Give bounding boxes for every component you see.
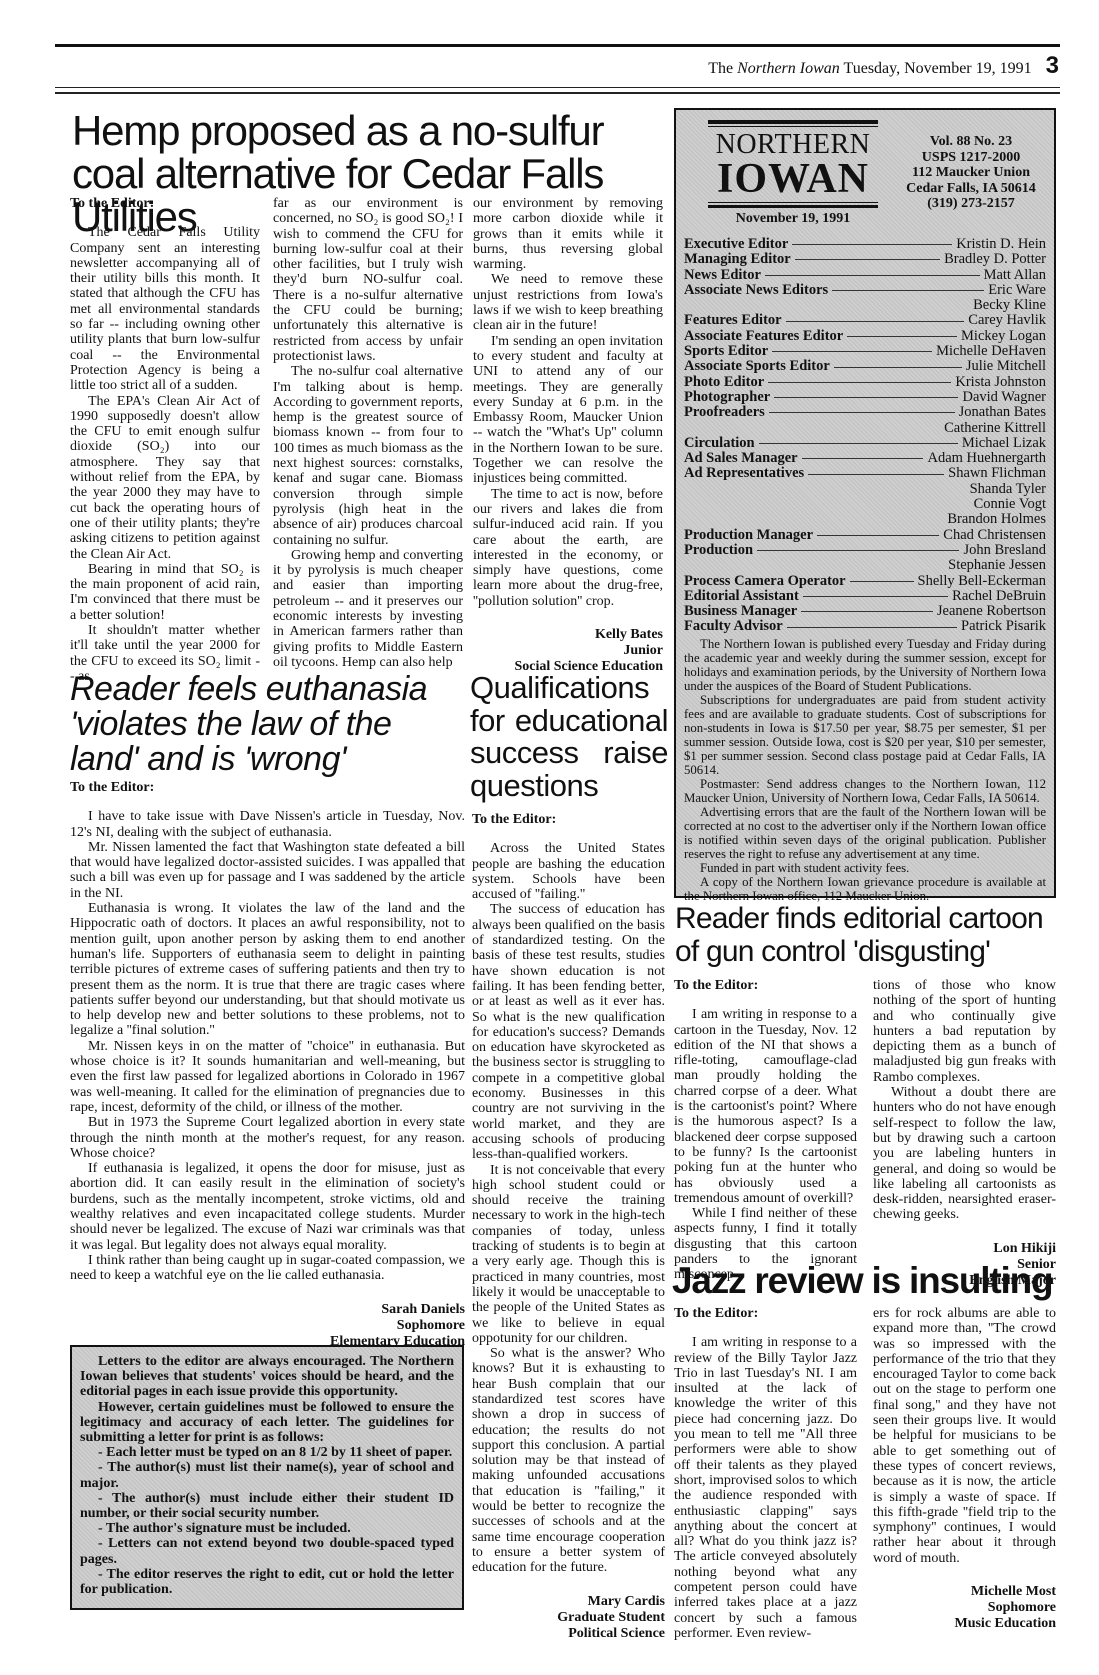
logo-line-1: NORTHERN (708, 131, 878, 159)
paragraph: I am writing in response to a cartoon in… (674, 1007, 857, 1206)
jazz-signature: Michelle Most Sophomore Music Education (873, 1584, 1056, 1632)
hemp-column-1: To the Editor: The Cedar Falls Utility C… (70, 196, 260, 684)
staff-role: Associate Sports Editor (684, 359, 830, 374)
hemp-signature: Kelly Bates Junior Social Science Educat… (473, 627, 663, 675)
staff-name: Krista Johnston (955, 375, 1046, 390)
staff-role: Production Manager (684, 528, 813, 543)
staff-row: Managing EditorBradley D. Potter (684, 252, 1046, 267)
staff-row: Associate Sports EditorJulie Mitchell (684, 359, 1046, 374)
page-number: 3 (1046, 52, 1059, 80)
guideline-item: - Each letter must be typed on an 8 1/2 … (80, 1445, 454, 1460)
leader-line (772, 351, 932, 352)
staff-row: Executive EditorKristin D. Hein (684, 237, 1046, 252)
staff-name: John Bresland (963, 543, 1046, 558)
euthanasia-body: To the Editor: I have to take issue with… (70, 780, 465, 1350)
folio-text: The Northern Iowan Tuesday, November 19,… (708, 60, 1031, 78)
staff-role: Ad Representatives (684, 466, 804, 481)
paragraph: But in 1973 the Supreme Court legalized … (70, 1115, 465, 1161)
paragraph: I have to take issue with Dave Nissen's … (70, 809, 465, 840)
qualifications-body: To the Editor: Across the United States … (472, 812, 665, 1642)
leader-line (795, 259, 940, 260)
leader-line (801, 611, 933, 612)
header-rule-thick (55, 92, 1060, 94)
note: Postmaster: Send address changes to the … (684, 777, 1046, 805)
paragraph: So what is the answer? Who knows? But it… (472, 1346, 665, 1575)
hemp-salutation: To the Editor: (70, 196, 260, 211)
paragraph: The time to act is now, before our river… (473, 487, 663, 609)
note: The Northern Iowan is published every Tu… (684, 637, 1046, 693)
staff-row: Photo EditorKrista Johnston (684, 375, 1046, 390)
jazz-column-1: To the Editor: I am writing in response … (674, 1306, 857, 1641)
paragraph: We need to remove these unjust restricti… (473, 272, 663, 333)
leader-line (802, 458, 924, 459)
leader-line (757, 550, 959, 551)
gun-headline: Reader finds editorial cartoon of gun co… (675, 902, 1065, 968)
staff-row: Editorial AssistantRachel DeBruin (684, 589, 1046, 604)
author-name: Michelle Most (873, 1584, 1056, 1600)
staff-name: Carey Havlik (968, 313, 1046, 328)
author-year: Sophomore (70, 1318, 465, 1334)
paragraph: our environment by removing more carbon … (473, 196, 663, 272)
staff-row: Process Camera OperatorShelly Bell-Ecker… (684, 574, 1046, 589)
staff-name: Eric Ware (988, 283, 1046, 298)
euthanasia-headline: Reader feels euthanasia 'violates the la… (70, 672, 465, 777)
staff-role: Photographer (684, 390, 770, 405)
staff-row: CirculationMichael Lizak (684, 436, 1046, 451)
author-name: Kelly Bates (473, 627, 663, 643)
paragraph: I think rather than being caught up in s… (70, 1253, 465, 1284)
hemp-column-3: our environment by removing more carbon … (473, 196, 663, 675)
leader-line (769, 412, 955, 413)
staff-name: Adam Huehnergarth (927, 451, 1046, 466)
staff-row: ProductionJohn Bresland (684, 543, 1046, 558)
staff-row: Brandon Holmes (684, 512, 1046, 527)
leader-line (774, 397, 958, 398)
author-name: Sarah Daniels (70, 1302, 465, 1318)
phone: (319) 273-2157 (896, 196, 1046, 212)
staff-name: Bradley D. Potter (944, 252, 1046, 267)
staff-role: Proofreaders (684, 405, 765, 420)
author-name: Lon Hikiji (873, 1241, 1056, 1257)
gun-column-1: To the Editor: I am writing in response … (674, 978, 857, 1283)
staff-name: David Wagner (962, 390, 1046, 405)
staff-name: Rachel DeBruin (952, 589, 1046, 604)
staff-row: Catherine Kittrell (684, 421, 1046, 436)
staff-role: Managing Editor (684, 252, 791, 267)
usps: USPS 1217-2000 (896, 150, 1046, 166)
staff-row: Business ManagerJeanene Robertson (684, 604, 1046, 619)
staff-row: Production ManagerChad Christensen (684, 528, 1046, 543)
staff-name: Mickey Logan (961, 329, 1046, 344)
paragraph: If euthanasia is legalized, it opens the… (70, 1161, 465, 1253)
staff-list: Executive EditorKristin D. HeinManaging … (684, 237, 1046, 635)
masthead-notes: The Northern Iowan is published every Tu… (684, 637, 1046, 903)
note: Subscriptions for undergraduates are pai… (684, 693, 1046, 777)
paragraph: tions of those who know nothing of the s… (873, 978, 1056, 1085)
staff-row: Shanda Tyler (684, 482, 1046, 497)
staff-name: Julie Mitchell (966, 359, 1046, 374)
staff-name: Matt Allan (984, 268, 1046, 283)
staff-name: Michael Lizak (962, 436, 1046, 451)
leader-line (803, 596, 948, 597)
paragraph: Mr. Nissen lamented the fact that Washin… (70, 840, 465, 901)
gun-salutation: To the Editor: (674, 978, 857, 993)
staff-name: Shanda Tyler (970, 482, 1046, 497)
staff-name: Kristin D. Hein (956, 237, 1046, 252)
staff-row: Connie Vogt (684, 497, 1046, 512)
staff-row: Ad Sales ManagerAdam Huehnergarth (684, 451, 1046, 466)
leader-line (759, 443, 958, 444)
note: Funded in part with student activity fee… (684, 861, 1046, 875)
qualifications-signature: Mary Cardis Graduate Student Political S… (472, 1594, 665, 1642)
logo-line-2: IOWAN (708, 159, 878, 199)
staff-role: Executive Editor (684, 237, 788, 252)
staff-role: Features Editor (684, 313, 782, 328)
staff-name: Shawn Flichman (948, 466, 1046, 481)
jazz-salutation: To the Editor: (674, 1306, 857, 1321)
guideline-item: - Letters can not extend beyond two doub… (80, 1536, 454, 1566)
top-rule (55, 44, 1060, 47)
guideline-item: - The editor reserves the right to edit,… (80, 1567, 454, 1597)
note: Advertising errors that are the fault of… (684, 805, 1046, 861)
author-year: Junior (473, 643, 663, 659)
staff-name: Jeanene Robertson (937, 604, 1046, 619)
staff-row: Sports EditorMichelle DeHaven (684, 344, 1046, 359)
paragraph: It is not conceivable that every high sc… (472, 1163, 665, 1347)
staff-role: Photo Editor (684, 375, 764, 390)
staff-name: Chad Christensen (943, 528, 1046, 543)
paragraph: The EPA's Clean Air Act of 1990 supposed… (70, 394, 260, 562)
staff-name: Patrick Pisarik (961, 619, 1046, 634)
staff-role: Ad Sales Manager (684, 451, 798, 466)
paragraph: Across the United States people are bash… (472, 841, 665, 902)
leader-line (787, 627, 957, 628)
qualifications-salutation: To the Editor: (472, 812, 665, 827)
staff-row: ProofreadersJonathan Bates (684, 405, 1046, 420)
qualifications-headline: Qualifications for educational success r… (470, 672, 668, 802)
staff-name: Michelle DeHaven (936, 344, 1046, 359)
address: 112 Maucker Union (896, 165, 1046, 181)
volume: Vol. 88 No. 23 (896, 134, 1046, 150)
staff-name: Connie Vogt (974, 497, 1046, 512)
header-rule-thin (55, 87, 1060, 88)
guideline-intro: Letters to the editor are always encoura… (80, 1354, 454, 1400)
staff-role: Faculty Advisor (684, 619, 783, 634)
leader-line (834, 367, 962, 368)
leader-line (765, 275, 980, 276)
leader-line (792, 244, 952, 245)
masthead-date: November 19, 1991 (708, 211, 878, 227)
author-year: Sophomore (873, 1600, 1056, 1616)
staff-role: Production (684, 543, 753, 558)
staff-row: Associate Features EditorMickey Logan (684, 329, 1046, 344)
jazz-column-2: ers for rock albums are able to expand m… (873, 1306, 1056, 1632)
jazz-headline: Jazz review is insulting (672, 1262, 1067, 1300)
masthead-info: Vol. 88 No. 23 USPS 1217-2000 112 Maucke… (896, 134, 1046, 212)
staff-name: Catherine Kittrell (944, 421, 1046, 436)
page-folio: The Northern Iowan Tuesday, November 19,… (708, 52, 1059, 80)
staff-row: Ad RepresentativesShawn Flichman (684, 466, 1046, 481)
leader-line (808, 474, 944, 475)
note: A copy of the Northern Iowan grievance p… (684, 875, 1046, 903)
staff-row: PhotographerDavid Wagner (684, 390, 1046, 405)
staff-row: Associate News EditorsEric Ware (684, 283, 1046, 298)
staff-role: Circulation (684, 436, 755, 451)
leader-line (786, 321, 965, 322)
staff-role: Associate Features Editor (684, 329, 843, 344)
staff-role: Process Camera Operator (684, 574, 846, 589)
paragraph: I'm sending an open invitation to every … (473, 334, 663, 487)
leader-line (832, 290, 984, 291)
author-major: Political Science (472, 1626, 665, 1642)
guideline-intro: However, certain guidelines must be foll… (80, 1400, 454, 1446)
staff-name: Shelly Bell-Eckerman (918, 574, 1046, 589)
paragraph: ers for rock albums are able to expand m… (873, 1306, 1056, 1566)
leader-line (817, 535, 939, 536)
paragraph: The Cedar Falls Utility Company sent an … (70, 225, 260, 393)
letter-guidelines-box: Letters to the editor are always encoura… (70, 1345, 464, 1610)
paragraph: I am writing in response to a review of … (674, 1335, 857, 1641)
author-major: Music Education (873, 1616, 1056, 1632)
leader-line (768, 382, 951, 383)
staff-role: Sports Editor (684, 344, 768, 359)
author-year: Graduate Student (472, 1610, 665, 1626)
staff-name: Brandon Holmes (947, 512, 1046, 527)
staff-role: Associate News Editors (684, 283, 828, 298)
staff-row: Becky Kline (684, 298, 1046, 313)
paragraph: The success of education has always been… (472, 902, 665, 1162)
euthanasia-signature: Sarah Daniels Sophomore Elementary Educa… (70, 1302, 465, 1350)
leader-line (850, 581, 914, 582)
euthanasia-salutation: To the Editor: (70, 780, 465, 795)
staff-row: News EditorMatt Allan (684, 268, 1046, 283)
staff-role: News Editor (684, 268, 761, 283)
paragraph: Bearing in mind that SO₂ is the main pro… (70, 562, 260, 623)
city: Cedar Falls, IA 50614 (896, 181, 1046, 197)
paragraph: Mr. Nissen keys in on the matter of ''ch… (70, 1039, 465, 1115)
staff-name: Becky Kline (973, 298, 1046, 313)
masthead-logo: NORTHERN IOWAN November 19, 1991 (708, 120, 878, 227)
hemp-column-2: far as our environment is concerned, no … (273, 196, 463, 670)
staff-role: Business Manager (684, 604, 797, 619)
paragraph: far as our environment is concerned, no … (273, 196, 463, 364)
staff-name: Stephanie Jessen (948, 558, 1046, 573)
staff-name: Jonathan Bates (959, 405, 1046, 420)
author-name: Mary Cardis (472, 1594, 665, 1610)
staff-row: Stephanie Jessen (684, 558, 1046, 573)
paragraph: Euthanasia is wrong. It violates the law… (70, 901, 465, 1039)
staff-row: Features EditorCarey Havlik (684, 313, 1046, 328)
paragraph: The no-sulfur coal alternative I'm talki… (273, 364, 463, 548)
leader-line (847, 336, 957, 337)
guideline-item: - The author(s) must include either thei… (80, 1491, 454, 1521)
gun-column-2: tions of those who know nothing of the s… (873, 978, 1056, 1289)
paragraph: Growing hemp and converting it by pyroly… (273, 548, 463, 670)
guideline-item: - The author(s) must list their name(s),… (80, 1460, 454, 1490)
guideline-item: - The author's signature must be include… (80, 1521, 454, 1536)
paragraph: Without a doubt there are hunters who do… (873, 1085, 1056, 1223)
staff-role: Editorial Assistant (684, 589, 799, 604)
staff-row: Faculty AdvisorPatrick Pisarik (684, 619, 1046, 634)
masthead-box: NORTHERN IOWAN November 19, 1991 Vol. 88… (674, 108, 1056, 898)
